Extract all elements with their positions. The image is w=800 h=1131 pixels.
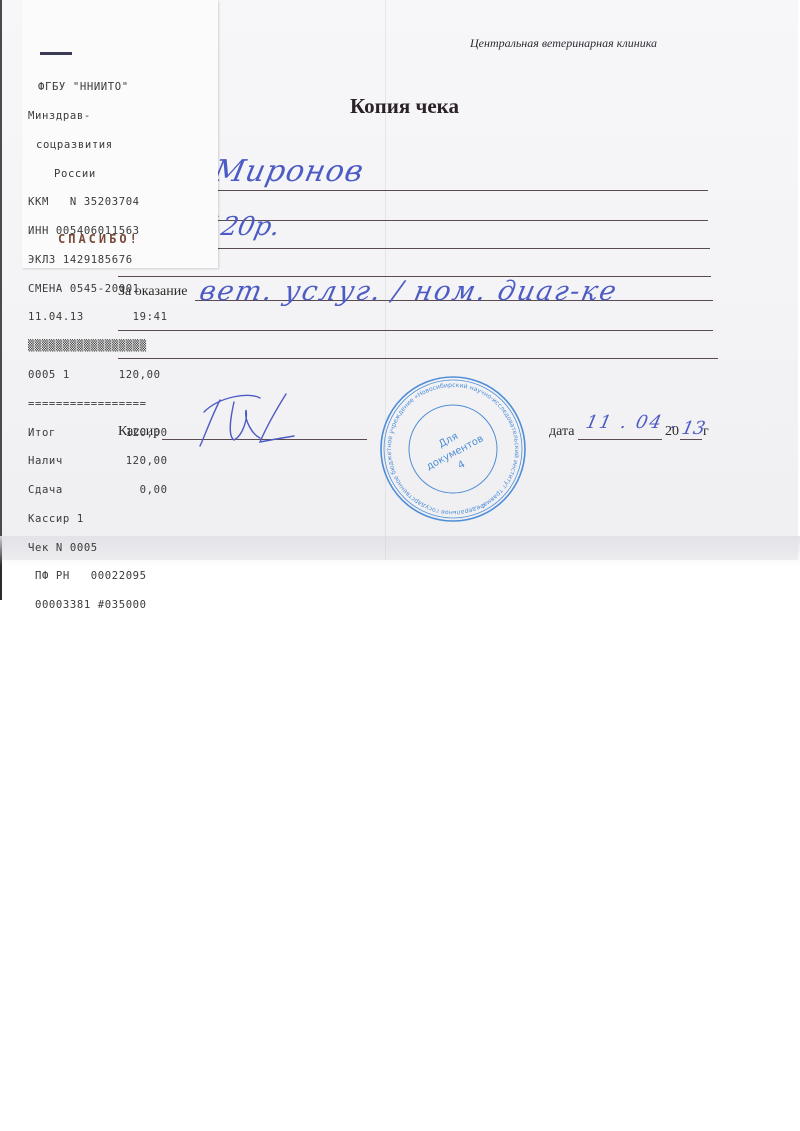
date-label: дата <box>549 424 574 440</box>
receipt-datetime: 11.04.13 19:41 <box>28 313 218 323</box>
amount-line <box>200 248 710 249</box>
payer-name-line <box>215 190 708 191</box>
receipt-cashier: Кассир 1 <box>28 515 218 525</box>
receipt-eklz: ЭКЛЗ 1429185676 <box>28 256 218 266</box>
receipt-serial: 00003381 #035000 <box>28 601 218 611</box>
receipt-pf-rn: ПФ РН 00022095 <box>28 572 218 582</box>
receipt-kkm: ККМ N 35203704 <box>28 198 218 208</box>
receipt-ministry: соцразвития <box>28 141 218 151</box>
year-line <box>680 439 702 440</box>
receipt-pattern: ▒▒▒▒▒▒▒▒▒▒▒▒▒▒▒▒▒ <box>28 342 218 352</box>
receipt-cash: Налич 120,00 <box>28 457 218 467</box>
handwritten-payer-name: Миронов <box>210 154 367 189</box>
receipt-thanks: СПАСИБО! <box>58 232 140 246</box>
receipt-item: 0005 1 120,00 <box>28 371 218 381</box>
page-title: Копия чека <box>350 94 459 119</box>
receipt-country: России <box>28 170 218 180</box>
handwritten-service: вет. услуг. / ном. диаг-ке <box>197 276 621 307</box>
receipt-separator: ================= <box>28 400 218 410</box>
receipt-total: Итог 120,00 <box>28 429 218 439</box>
receipt-shift: СМЕНА 0545-20001 <box>28 285 218 295</box>
receipt-change: Сдача 0,00 <box>28 486 218 496</box>
receipt-check-number: Чек N 0005 <box>28 544 218 554</box>
clinic-name: Центральная ветеринарная клиника <box>470 36 657 51</box>
receipt-organization: ФГБУ "ННИИТО" <box>28 83 218 93</box>
receipt-tear-mark <box>40 52 72 55</box>
official-stamp: Федеральное государственное бюджетное уч… <box>378 374 528 524</box>
handwritten-date: 11 . 04 . <box>584 412 681 433</box>
stamp-center-number: 4 <box>456 459 467 472</box>
field-line <box>215 220 708 221</box>
receipt-ministry: Минздрав- <box>28 112 218 122</box>
receipt-text: ФГБУ "ННИИТО" Минздрав- соцразвития Росс… <box>28 64 218 620</box>
date-line <box>578 439 662 440</box>
handwritten-year: 13 <box>680 418 707 439</box>
